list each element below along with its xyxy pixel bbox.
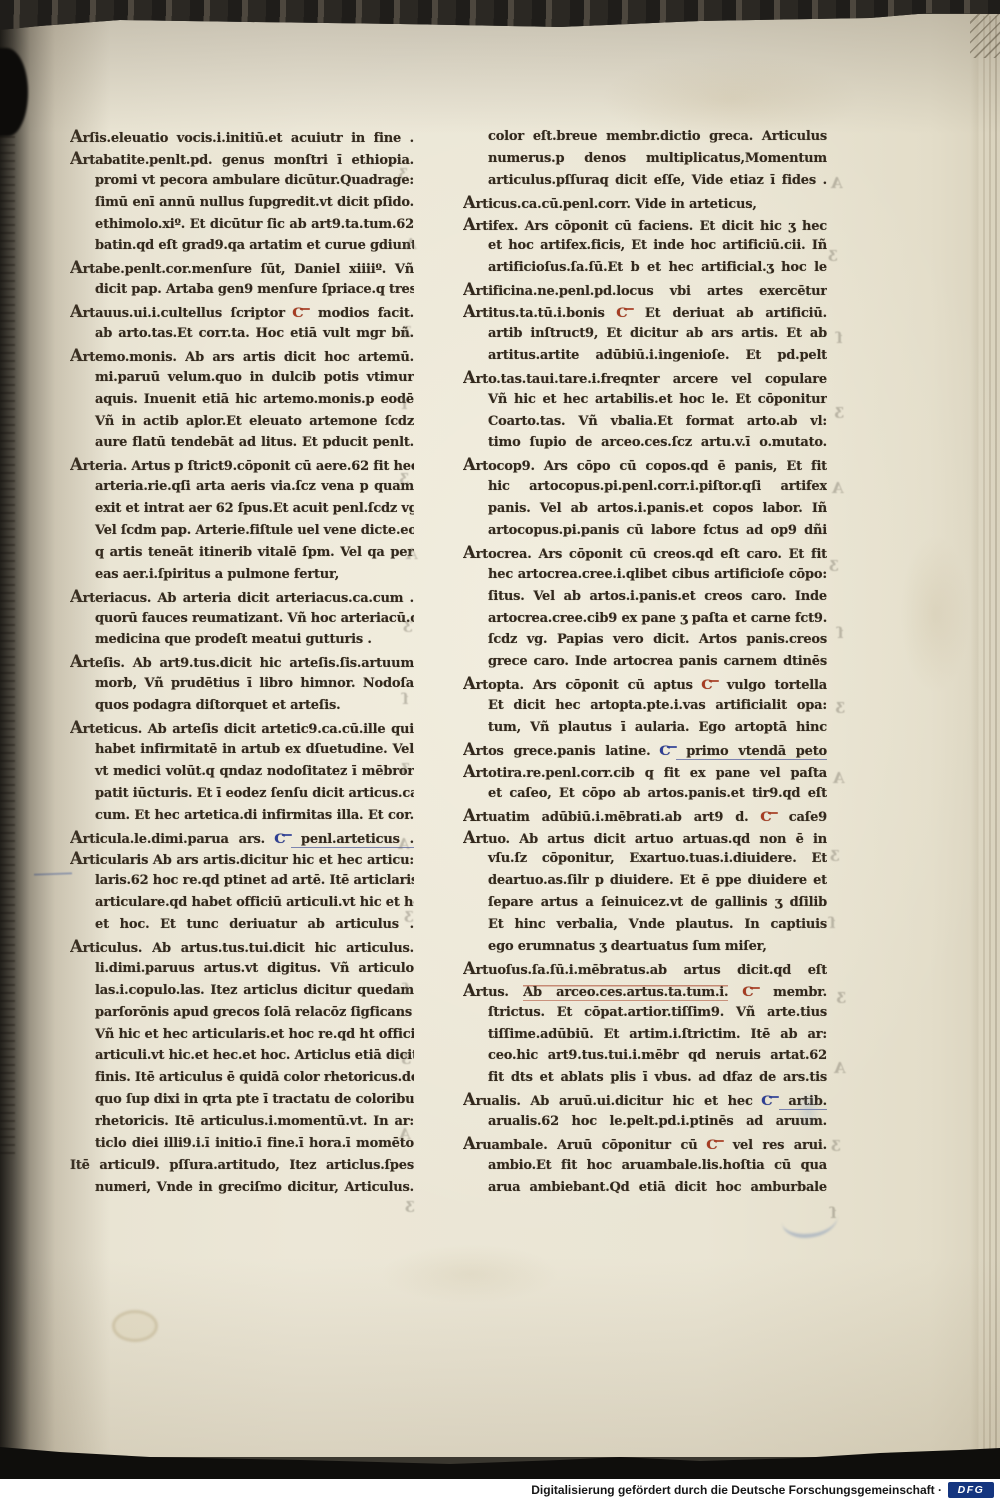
- line-text: membr.: [759, 985, 827, 1000]
- line-text: Arteticus. Ab arteſis dicit artetic9.ca.…: [70, 722, 414, 737]
- text-line: Articulus. Ab artus.tus.tui.dicit hic ar…: [70, 936, 414, 958]
- line-text: Articus.ca.cū.penl.corr. Vide in artetic…: [463, 197, 757, 212]
- line-text: tiſſime.adūbiū. Et artim.i.ſtrictim. Itē…: [488, 1027, 827, 1042]
- text-line: Vñ hic et hec artabilis.et hoc le. Et cō…: [463, 389, 827, 411]
- line-text: li.dimi.paruus artus.vt digitus. Vñ arti…: [95, 961, 414, 976]
- line-text: et hoc. Et tunc deriuatur ab articulus .: [95, 917, 414, 932]
- text-line: articulare.qd habet officiū articuli.vt …: [70, 892, 414, 914]
- text-line: ego erumnatus ʒ deartuatus ſum miſer,: [463, 936, 827, 958]
- entry-initial: A: [463, 193, 476, 212]
- showthrough-glyph: ʒ: [404, 615, 413, 633]
- entry-initial: A: [463, 280, 476, 299]
- text-line: ſimū enī annū nullus ſupgredit.vt dicit …: [70, 192, 414, 214]
- showthrough-glyph: ſ: [401, 395, 407, 413]
- line-text: Artabe.penlt.cor.menſure ſūt, Daniel xii…: [70, 262, 414, 277]
- page-stack-edges: [970, 16, 1000, 1456]
- text-line: artificioſus.ſa.ſū.Et b et hec artificia…: [463, 257, 827, 279]
- line-text: Artocop9. Ars cōpo cū copos.qd ē panis, …: [463, 459, 827, 474]
- text-line: grece caro. Inde artocrea panis carnem d…: [463, 651, 827, 673]
- text-line: Arteſis. Ab art9.tus.dicit hic arteſis.ſ…: [70, 651, 414, 673]
- paraph-mark-red: C: [742, 982, 760, 1004]
- entry-initial: A: [463, 302, 476, 321]
- showthrough-glyph: Ʒ: [835, 699, 845, 717]
- paraph-mark-red: C: [701, 675, 719, 697]
- line-text: artificioſus.ſa.ſū.Et b et hec artificia…: [488, 260, 827, 275]
- line-text: articulare.qd habet officiū articuli.vt …: [95, 895, 414, 910]
- line-text: parſorōnis apud grecos ſolā relacōz ſigf…: [95, 1005, 414, 1020]
- text-line: deartuo.as.ſilr p diuidere. Et ē ppe diu…: [463, 870, 827, 892]
- text-line: vt medici volūt.q qndaz nodoſitatez ī mē…: [70, 761, 414, 783]
- line-text: hec artocrea.cree.i.qlibet cibus artific…: [488, 567, 827, 582]
- line-text: vel res arui.: [723, 1138, 827, 1153]
- text-line: ſepare artus a ſeinuicez.vt de gallinis …: [463, 892, 827, 914]
- text-line: Itē articul9. pſſura.artitudo, Itez arti…: [70, 1155, 414, 1177]
- text-line: Coarto.tas. Vñ vbalia.Et format arto.ab …: [463, 411, 827, 433]
- line-text: Artificina.ne.penl.pd.locus vbi artes ex…: [463, 284, 827, 299]
- text-line: et hoc. Et tunc deriuatur ab articulus .: [70, 914, 414, 936]
- entry-initial: A: [463, 674, 476, 693]
- line-text: Et dicit hec artopta.pte.i.vas artificia…: [488, 698, 827, 713]
- showthrough-glyph: A: [406, 545, 418, 563]
- line-text: Artuo. Ab artus dicit artuo artuas.qd no…: [463, 832, 827, 847]
- ink-smudge: [795, 1090, 821, 1130]
- text-line: arua ambiebant.Qd etiā dicit hoc amburba…: [463, 1177, 827, 1199]
- entry-initial: A: [463, 1134, 476, 1153]
- paraph-mark-red: C: [293, 303, 311, 325]
- line-text: batin.qd eſt grad9.qa artatim et curue g…: [95, 238, 414, 253]
- text-line: et caſeo, Et cōpo ab artos.panis.et tir9…: [463, 783, 827, 805]
- text-line: Arſis.eleuatio vocis.i.initiū.et acuiutr…: [70, 126, 414, 148]
- text-column-right: color eſt.breue membr.dictio greca. Arti…: [463, 126, 827, 1199]
- showthrough-glyph: Ʒ: [400, 760, 410, 778]
- text-line: Artuoſus.ſa.ſū.i.mēbratus.ab artus dicit…: [463, 958, 827, 980]
- line-text: Artifex. Ars cōponit cū faciens. Et dici…: [463, 219, 827, 234]
- text-line: Vñ hic et hec articularis.et hoc re.qd h…: [70, 1024, 414, 1046]
- text-line: Artifex. Ars cōponit cū faciens. Et dici…: [463, 214, 827, 236]
- line-text: numerus.p denos multiplicatus,Momentum: [488, 151, 827, 166]
- line-text: quo ſup dixi in qrta pte ī tractatu de c…: [95, 1092, 414, 1107]
- line-text: las.i.copulo.las. Itez articlus dicitur …: [95, 983, 414, 998]
- line-text: finis. Itē articulus ē quidā color rheto…: [95, 1070, 414, 1085]
- text-line: promi vt pecora ambulare dicūtur.Quadrag…: [70, 170, 414, 192]
- line-text: [728, 985, 742, 1000]
- footer-credit-text: Digitalisierung gefördert durch die Deut…: [531, 1483, 942, 1497]
- text-line: fit dts et ablats plis ī vbus. ad dfaz d…: [463, 1067, 827, 1089]
- line-text: vt medici volūt.q qndaz nodoſitatez ī mē…: [95, 764, 414, 779]
- text-line: morb, Vñ prudētius ī libro himnor. Nodoſ…: [70, 673, 414, 695]
- line-text: Arſis.eleuatio vocis.i.initiū.et acuiutr…: [70, 131, 414, 146]
- line-text: ſtrictus. Et cōpat.artior.tiſſim9. Vñ ar…: [488, 1005, 827, 1020]
- text-line: quorū fauces reumatizant. Vñ hoc arteria…: [70, 608, 414, 630]
- text-line: ceo.hic art9.tus.tui.i.mēbr qd neruis ar…: [463, 1045, 827, 1067]
- text-line: numerus.p denos multiplicatus,Momentum: [463, 148, 827, 170]
- line-text: ſepare artus a ſeinuicez.vt de gallinis …: [488, 895, 827, 910]
- line-text: Arto.tas.taui.tare.i.freqnter arcere vel…: [463, 372, 827, 387]
- text-line: li.dimi.paruus artus.vt digitus. Vñ arti…: [70, 958, 414, 980]
- showthrough-glyph: A: [833, 769, 845, 787]
- entry-initial: A: [463, 828, 476, 847]
- line-text: Artopta. Ars cōponit cū aptus: [463, 678, 702, 693]
- text-line: Et hinc verbalia, Vnde plautus. In capti…: [463, 914, 827, 936]
- line-text: ab arto.tas.Et corr.ta. Hoc etiā vult mg…: [95, 326, 414, 341]
- text-line: ſcdz vg. Papias vero dicit. Artos panis.…: [463, 629, 827, 651]
- line-text-blue-underlined: penl.arteticus .: [291, 832, 414, 848]
- showthrough-glyph: ʒ: [832, 1134, 841, 1152]
- text-line: quos podagra diſtorquet et arteſis.: [70, 695, 414, 717]
- text-line: Vel ſcdm pap. Arterie.fiſtule uel vene d…: [70, 520, 414, 542]
- showthrough-glyph: A: [405, 235, 417, 253]
- line-text: artitus.artite adūbiū.i.ingenioſe. Et pd…: [488, 348, 827, 363]
- text-line: finis. Itē articulus ē quidā color rheto…: [70, 1067, 414, 1089]
- line-text: numeri, Vnde in greciſmo dicitur, Articu…: [95, 1180, 414, 1195]
- showthrough-glyph: A: [831, 174, 843, 192]
- showthrough-glyph: ʒ: [406, 1195, 415, 1213]
- entry-initial: A: [463, 215, 476, 234]
- showthrough-glyph: ʒ: [829, 244, 838, 262]
- manuscript-scan: Arſis.eleuatio vocis.i.initiū.et acuiutr…: [0, 0, 1000, 1501]
- line-text: Vel ſcdm pap. Arterie.fiſtule uel vene d…: [95, 523, 414, 538]
- text-line: ſitus. Vel ab artos.i.panis.et creos car…: [463, 586, 827, 608]
- entry-initial: A: [463, 981, 476, 1000]
- parchment-stain-ring: [112, 1310, 158, 1342]
- line-text: et caſeo, Et cōpo ab artos.panis.et tir9…: [488, 786, 827, 801]
- text-line: Vñ in actib aplor.Et eleuato artemone ſc…: [70, 411, 414, 433]
- line-text: artib inſtruct9, Et dicitur ab ars artis…: [488, 326, 827, 341]
- entry-initial: A: [463, 806, 476, 825]
- entry-initial: A: [463, 368, 476, 387]
- text-line: et hoc artifex.ficis, Et inde hoc artifi…: [463, 235, 827, 257]
- line-text: medicina que prodeſt meatui gutturis .: [95, 632, 372, 647]
- text-line: Artemo.monis. Ab ars artis dicit hoc art…: [70, 345, 414, 367]
- line-text: cum. Et hec artetica.di infirmitas illa.…: [95, 808, 414, 823]
- line-text: aquis. Inuenit etiā hic artemo.monis.p e…: [95, 392, 414, 407]
- text-line: mi.paruū velum.quo in dulcib potis vtimu…: [70, 367, 414, 389]
- line-text: panis. Vel ab artos.i.panis.et copos lab…: [488, 501, 827, 516]
- entry-initial: A: [463, 455, 476, 474]
- text-line: Artos grece.panis latine. C primo vtendā…: [463, 739, 827, 761]
- line-text: Articularis Ab ars artis.dicitur hic et …: [70, 853, 414, 868]
- text-line: quo ſup dixi in qrta pte ī tractatu de c…: [70, 1089, 414, 1111]
- line-text: Artocrea. Ars cōponit cū creos.qd eſt ca…: [463, 547, 827, 562]
- text-line: aquis. Inuenit etiā hic artemo.monis.p e…: [70, 389, 414, 411]
- line-text: eas aer.i.ſpiritus a pulmone fertur,: [95, 567, 339, 582]
- text-line: Arteticus. Ab arteſis dicit artetic9.ca.…: [70, 717, 414, 739]
- line-text: tum, Vñ plautus ī aularia. Ego artoptā h…: [488, 720, 827, 735]
- text-line: cum. Et hec artetica.di infirmitas illa.…: [70, 805, 414, 827]
- text-line: Artocop9. Ars cōpo cū copos.qd ē panis, …: [463, 454, 827, 476]
- text-line: Artocrea. Ars cōponit cū creos.qd eſt ca…: [463, 542, 827, 564]
- text-line: exit et intrat aer 62 ſpus.Et acuit penl…: [70, 498, 414, 520]
- line-text: Arteſis. Ab art9.tus.dicit hic arteſis.ſ…: [70, 656, 414, 671]
- line-text: dicit pap. Artaba gen9 menſure ſpriace.q…: [95, 282, 414, 297]
- line-text: quos podagra diſtorquet et arteſis.: [95, 698, 340, 713]
- text-line: Artificina.ne.penl.pd.locus vbi artes ex…: [463, 279, 827, 301]
- line-text: ſitus. Vel ab artos.i.panis.et creos car…: [488, 589, 827, 604]
- text-line: q artis teneāt itinerib vitalē ſpm. Vel …: [70, 542, 414, 564]
- text-line: artocopus.pi.panis cū labore fctus ad op…: [463, 520, 827, 542]
- text-line: hic artocopus.pi.penl.corr.i.piſtor.qſi …: [463, 476, 827, 498]
- text-line: Artus. Ab arceo.ces.artus.ta.tum.i. C me…: [463, 980, 827, 1002]
- showthrough-glyph: Ʒ: [834, 404, 844, 422]
- text-line: Arto.tas.taui.tare.i.freqnter arcere vel…: [463, 367, 827, 389]
- showthrough-glyph: Ʒ: [836, 989, 846, 1007]
- text-line: patit iūcturis. Et ī eodez ſenſu dicit a…: [70, 783, 414, 805]
- line-text: et hoc artifex.ficis, Et inde hoc artifi…: [488, 238, 827, 253]
- line-text: Artos grece.panis latine.: [463, 744, 660, 759]
- paraph-mark-blue: C: [659, 741, 677, 763]
- text-line: habet infirmitatē in artub ex dſuetudine…: [70, 739, 414, 761]
- showthrough-glyph: A: [832, 479, 844, 497]
- text-line: timo ſupio de arceo.ces.ſcz artu.v.ī o.m…: [463, 432, 827, 454]
- line-text: vſu.ſz cōponitur, Exartuo.tuas.i.diuider…: [488, 851, 827, 866]
- line-text: artocrea.cree.cib9 ex pane ʒ paſta et ca…: [488, 611, 827, 626]
- text-line: batin.qd eſt grad9.qa artatim et curue g…: [70, 235, 414, 257]
- text-line: color eſt.breue membr.dictio greca. Arti…: [463, 126, 827, 148]
- text-line: ambio.Et fit hoc aruambale.lis.hoſtia cū…: [463, 1155, 827, 1177]
- text-line: Arteriacus. Ab arteria dicit arteriacus.…: [70, 586, 414, 608]
- showthrough-glyph: A: [399, 1125, 411, 1143]
- entry-initial: A: [463, 1090, 476, 1109]
- text-line: articulus.pſſuraq dicit eſſe, Vide etiaz…: [463, 170, 827, 192]
- line-text: Aruambale. Aruū cōponitur cū: [463, 1138, 707, 1153]
- paraph-mark-blue: C: [274, 829, 292, 851]
- line-text: timo ſupio de arceo.ces.ſcz artu.v.ī o.m…: [488, 435, 827, 450]
- line-text: grece caro. Inde artocrea panis carnem d…: [488, 654, 827, 669]
- text-line: eas aer.i.ſpiritus a pulmone fertur,: [70, 564, 414, 586]
- text-line: Artopta. Ars cōponit cū aptus C vulgo to…: [463, 673, 827, 695]
- text-line: las.i.copulo.las. Itez articlus dicitur …: [70, 980, 414, 1002]
- line-text: q artis teneāt itinerib vitalē ſpm. Vel …: [95, 545, 414, 560]
- text-line: articuli.vt hic.et hec.et hoc. Articlus …: [70, 1045, 414, 1067]
- line-text: quorū fauces reumatizant. Vñ hoc arteria…: [95, 611, 414, 626]
- line-text: Coarto.tas. Vñ vbalia.Et format arto.ab …: [488, 414, 827, 429]
- line-text: Artotira.re.penl.corr.cib q fit ex pane …: [463, 766, 827, 781]
- line-text: Et deriuat ab artificiū.: [633, 306, 827, 321]
- text-line: ſtrictus. Et cōpat.artior.tiſſim9. Vñ ar…: [463, 1002, 827, 1024]
- line-text: laris.62 hoc re.qd ptinet ad artē. Itē a…: [95, 873, 414, 888]
- text-line: medicina que prodeſt meatui gutturis .: [70, 629, 414, 651]
- showthrough-glyph: A: [398, 835, 410, 853]
- text-line: ab arto.tas.Et corr.ta. Hoc etiā vult mg…: [70, 323, 414, 345]
- line-text: Arualis. Ab aruū.ui.dicitur hic et hec: [463, 1094, 762, 1109]
- page-corner-lines: [970, 12, 1000, 58]
- line-text: ego erumnatus ʒ deartuatus ſum miſer,: [488, 939, 767, 954]
- text-line: Articula.le.dimi.parua ars. C penl.artet…: [70, 827, 414, 849]
- line-text: color eſt.breue membr.dictio greca. Arti…: [488, 129, 827, 144]
- line-text: Artitus.ta.tū.i.bonis: [463, 306, 617, 321]
- text-line: artocrea.cree.cib9 ex pane ʒ paſta et ca…: [463, 608, 827, 630]
- line-text: vulgo tortella: [718, 678, 827, 693]
- showthrough-glyph: ſ: [836, 329, 842, 347]
- line-text: ceo.hic art9.tus.tui.i.mēbr qd neruis ar…: [488, 1048, 827, 1063]
- text-line: Artuatim adūbiū.i.mēbrati.ab art9 d. C c…: [463, 805, 827, 827]
- entry-initial: A: [463, 543, 476, 562]
- showthrough-glyph: ʒ: [831, 844, 840, 862]
- line-text: Itē articul9. pſſura.artitudo, Itez arti…: [70, 1158, 414, 1173]
- line-text: artocopus.pi.panis cū labore fctus ad op…: [488, 523, 827, 538]
- paraph-mark-blue: C: [762, 1091, 780, 1113]
- line-text-red-underlined: Ab arceo.ces.artus.ta.tum.i.: [523, 985, 728, 1001]
- line-text: Artus.: [463, 985, 523, 1000]
- line-text: Artemo.monis. Ab ars artis dicit hoc art…: [70, 350, 414, 365]
- paraph-mark-red: C: [760, 807, 778, 829]
- showthrough-glyph: A: [834, 1059, 846, 1077]
- text-column-left: Arſis.eleuatio vocis.i.initiū.et acuiutr…: [70, 126, 414, 1199]
- showthrough-glyph: ʒ: [403, 320, 412, 338]
- line-text: Arteriacus. Ab arteria dicit arteriacus.…: [70, 591, 414, 606]
- paraph-mark-red: C: [616, 303, 634, 325]
- line-text: arteria.rie.qſi arta aeris via.ſcz vena …: [95, 479, 414, 494]
- line-text: ticlo diei illi9.i.ī initio.ī fine.ī hor…: [95, 1136, 414, 1151]
- text-line: rhetoricis. Itē articulus.i.momentū.vt. …: [70, 1111, 414, 1133]
- line-text: fit dts et ablats plis ī vbus. ad dfaz d…: [488, 1070, 827, 1085]
- text-line: panis. Vel ab artos.i.panis.et copos lab…: [463, 498, 827, 520]
- showthrough-glyph: ſ: [829, 914, 835, 932]
- line-text: morb, Vñ prudētius ī libro himnor. Nodoſ…: [95, 676, 414, 691]
- text-line: tiſſime.adūbiū. Et artim.i.ſtrictim. Itē…: [463, 1024, 827, 1046]
- showthrough-glyph: Ʒ: [401, 1050, 411, 1068]
- line-text: Vñ hic et hec articularis.et hoc re.qd h…: [95, 1027, 414, 1042]
- line-text: arualis.62 hoc le.pelt.pd.i.ptinēs ad ar…: [488, 1114, 827, 1129]
- text-line: artitus.artite adūbiū.i.ingenioſe. Et pd…: [463, 345, 827, 367]
- showthrough-glyph: ſ: [402, 690, 408, 708]
- text-line: Arteria. Artus p ſtrict9.cōponit cū aere…: [70, 454, 414, 476]
- dfg-logo: DFG: [948, 1482, 994, 1498]
- text-line: Articularis Ab ars artis.dicitur hic et …: [70, 848, 414, 870]
- line-text: Artuatim adūbiū.i.mēbrati.ab art9 d.: [463, 810, 761, 825]
- line-text: arua ambiebant.Qd etiā dicit hoc amburba…: [488, 1180, 827, 1195]
- line-text: habet infirmitatē in artub ex dſuetudine…: [95, 742, 414, 757]
- text-line: ticlo diei illi9.i.ī initio.ī fine.ī hor…: [70, 1133, 414, 1155]
- line-text: modios facit.: [310, 306, 414, 321]
- line-text: articuli.vt hic.et hec.et hoc. Articlus …: [95, 1048, 414, 1063]
- line-text: patit iūcturis. Et ī eodez ſenſu dicit a…: [95, 786, 414, 801]
- text-line: Artabatite.penlt.pd. genus monſtri ī eth…: [70, 148, 414, 170]
- text-line: artib inſtruct9, Et dicitur ab ars artis…: [463, 323, 827, 345]
- text-line: laris.62 hoc re.qd ptinet ad artē. Itē a…: [70, 870, 414, 892]
- showthrough-glyph: ʒ: [830, 554, 839, 572]
- text-line: arteria.rie.qſi arta aeris via.ſcz vena …: [70, 476, 414, 498]
- line-text: ambio.Et fit hoc aruambale.lis.hoſtia cū…: [488, 1158, 827, 1173]
- showthrough-glyph: Ʒ: [398, 165, 408, 183]
- text-line: Et dicit hec artopta.pte.i.vas artificia…: [463, 695, 827, 717]
- text-line: Artauus.ui.i.cultellus ſcriptor C modios…: [70, 301, 414, 323]
- paraph-mark-red: C: [706, 1135, 724, 1157]
- line-text: Vñ in actib aplor.Et eleuato artemone ſc…: [95, 414, 414, 429]
- line-text: Vñ hic et hec artabilis.et hoc le. Et cō…: [488, 392, 827, 407]
- line-text: hic artocopus.pi.penl.corr.i.piſtor.qſi …: [488, 479, 827, 494]
- showthrough-glyph: ſ: [403, 980, 409, 998]
- line-text: promi vt pecora ambulare dicūtur.Quadrag…: [95, 173, 414, 188]
- text-line: Artotira.re.penl.corr.cib q fit ex pane …: [463, 761, 827, 783]
- text-line: hec artocrea.cree.i.qlibet cibus artific…: [463, 564, 827, 586]
- showthrough-glyph: ſ: [837, 624, 843, 642]
- entry-initial: A: [463, 740, 476, 759]
- parchment-stain: [380, 1244, 560, 1304]
- text-line: ethimolo.xiº. Et dicūtur ſic ab art9.ta.…: [70, 214, 414, 236]
- entry-initial: A: [463, 762, 476, 781]
- text-line: parſorōnis apud grecos ſolā relacōz ſigf…: [70, 1002, 414, 1024]
- line-text: Artuoſus.ſa.ſū.i.mēbratus.ab artus dicit…: [463, 963, 827, 978]
- text-line: Articus.ca.cū.penl.corr. Vide in artetic…: [463, 192, 827, 214]
- entry-initial: A: [463, 959, 476, 978]
- line-text: rhetoricis. Itē articulus.i.momentū.vt. …: [95, 1114, 414, 1129]
- line-text: Articulus. Ab artus.tus.tui.dicit hic ar…: [70, 941, 414, 956]
- text-line: Aruambale. Aruū cōponitur cū C vel res a…: [463, 1133, 827, 1155]
- line-text: ſcdz vg. Papias vero dicit. Artos panis.…: [488, 632, 827, 647]
- parchment-stain: [900, 534, 970, 694]
- digitization-footer: Digitalisierung gefördert durch die Deut…: [0, 1479, 1000, 1501]
- line-text: mi.paruū velum.quo in dulcib potis vtimu…: [95, 370, 414, 385]
- showthrough-glyph: Ʒ: [399, 470, 409, 488]
- text-line: Artitus.ta.tū.i.bonis C Et deriuat ab ar…: [463, 301, 827, 323]
- book-gutter-shadow: [0, 0, 110, 1501]
- line-text: ſimū enī annū nullus ſupgredit.vt dicit …: [95, 195, 414, 210]
- text-line: dicit pap. Artaba gen9 menſure ſpriace.q…: [70, 279, 414, 301]
- line-text-blue-underlined: primo vtendā peto: [676, 744, 827, 760]
- line-text: deartuo.as.ſilr p diuidere. Et ē ppe diu…: [488, 873, 827, 888]
- text-line: Artuo. Ab artus dicit artuo artuas.qd no…: [463, 827, 827, 849]
- text-line: vſu.ſz cōponitur, Exartuo.tuas.i.diuider…: [463, 848, 827, 870]
- line-text: Et hinc verbalia, Vnde plautus. In capti…: [488, 917, 827, 932]
- line-text: articulus.pſſuraq dicit eſſe, Vide etiaz…: [488, 173, 827, 188]
- text-line: numeri, Vnde in greciſmo dicitur, Articu…: [70, 1177, 414, 1199]
- text-line: Artabe.penlt.cor.menſure ſūt, Daniel xii…: [70, 257, 414, 279]
- line-text: aure flatū tendebāt ad litus. Et pducit …: [95, 435, 414, 450]
- line-text: Artabatite.penlt.pd. genus monſtri ī eth…: [70, 153, 414, 168]
- text-line: aure flatū tendebāt ad litus. Et pducit …: [70, 432, 414, 454]
- line-text: Arteria. Artus p ſtrict9.cōponit cū aere…: [70, 459, 414, 474]
- text-line: arualis.62 hoc le.pelt.pd.i.ptinēs ad ar…: [463, 1111, 827, 1133]
- text-line: tum, Vñ plautus ī aularia. Ego artoptā h…: [463, 717, 827, 739]
- line-text: caſe9: [777, 810, 827, 825]
- line-text: ethimolo.xiº. Et dicūtur ſic ab art9.ta.…: [95, 217, 414, 232]
- text-line: Arualis. Ab aruū.ui.dicitur hic et hec C…: [463, 1089, 827, 1111]
- showthrough-glyph: ʒ: [405, 905, 414, 923]
- line-text: exit et intrat aer 62 ſpus.Et acuit penl…: [95, 501, 414, 516]
